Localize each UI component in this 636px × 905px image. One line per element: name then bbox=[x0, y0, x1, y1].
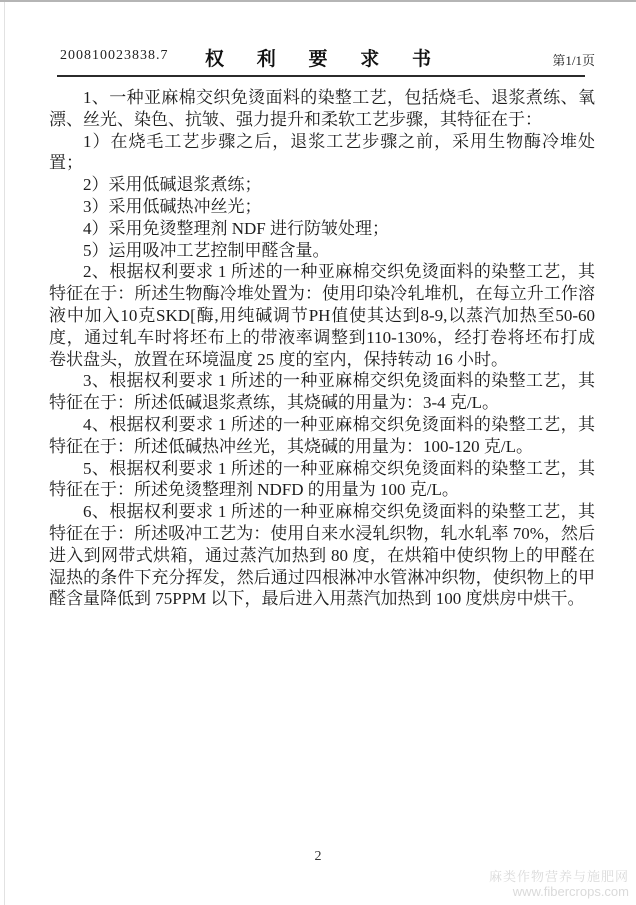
watermark: 麻类作物营养与施肥网 www.fibercrops.com bbox=[489, 869, 629, 899]
claim-subitem: 3）采用低碱热冲丝光； bbox=[49, 196, 595, 218]
claim-paragraph: 6、根据权利要求 1 所述的一种亚麻棉交织免烫面料的染整工艺，其特征在于：所述吸… bbox=[49, 501, 595, 610]
claim-paragraph: 2、根据权利要求 1 所述的一种亚麻棉交织免烫面料的染整工艺，其特征在于：所述生… bbox=[49, 261, 595, 370]
patent-claims-page: 200810023838.7 权 利 要 求 书 第1/1页 1、一种亚麻棉交织… bbox=[0, 0, 636, 905]
claim-paragraph: 5、根据权利要求 1 所述的一种亚麻棉交织免烫面料的染整工艺，其特征在于：所述免… bbox=[49, 458, 595, 502]
document-title: 权 利 要 求 书 bbox=[0, 44, 636, 71]
claim-subitem: 1）在烧毛工艺步骤之后，退浆工艺步骤之前，采用生物酶冷堆处置； bbox=[49, 131, 595, 175]
claim-subitem: 4）采用免烫整理剂 NDF 进行防皱处理； bbox=[49, 218, 595, 240]
watermark-site-name: 麻类作物营养与施肥网 bbox=[489, 869, 629, 884]
claims-body: 1、一种亚麻棉交织免烫面料的染整工艺，包括烧毛、退浆煮练、氧漂、丝光、染色、抗皱… bbox=[49, 87, 595, 610]
claim-paragraph: 1、一种亚麻棉交织免烫面料的染整工艺，包括烧毛、退浆煮练、氧漂、丝光、染色、抗皱… bbox=[49, 87, 595, 131]
page-indicator: 第1/1页 bbox=[552, 50, 595, 69]
claim-paragraph: 4、根据权利要求 1 所述的一种亚麻棉交织免烫面料的染整工艺，其特征在于：所述低… bbox=[49, 414, 595, 458]
scan-top-edge bbox=[0, 0, 636, 2]
watermark-url: www.fibercrops.com bbox=[489, 884, 629, 899]
page-number: 2 bbox=[0, 849, 636, 865]
claim-subitem: 5）运用吸冲工艺控制甲醛含量。 bbox=[49, 240, 595, 262]
claim-subitem: 2）采用低碱退浆煮练； bbox=[49, 174, 595, 196]
header-rule bbox=[57, 75, 585, 77]
claim-paragraph: 3、根据权利要求 1 所述的一种亚麻棉交织免烫面料的染整工艺，其特征在于：所述低… bbox=[49, 370, 595, 414]
scan-left-edge bbox=[4, 2, 5, 905]
